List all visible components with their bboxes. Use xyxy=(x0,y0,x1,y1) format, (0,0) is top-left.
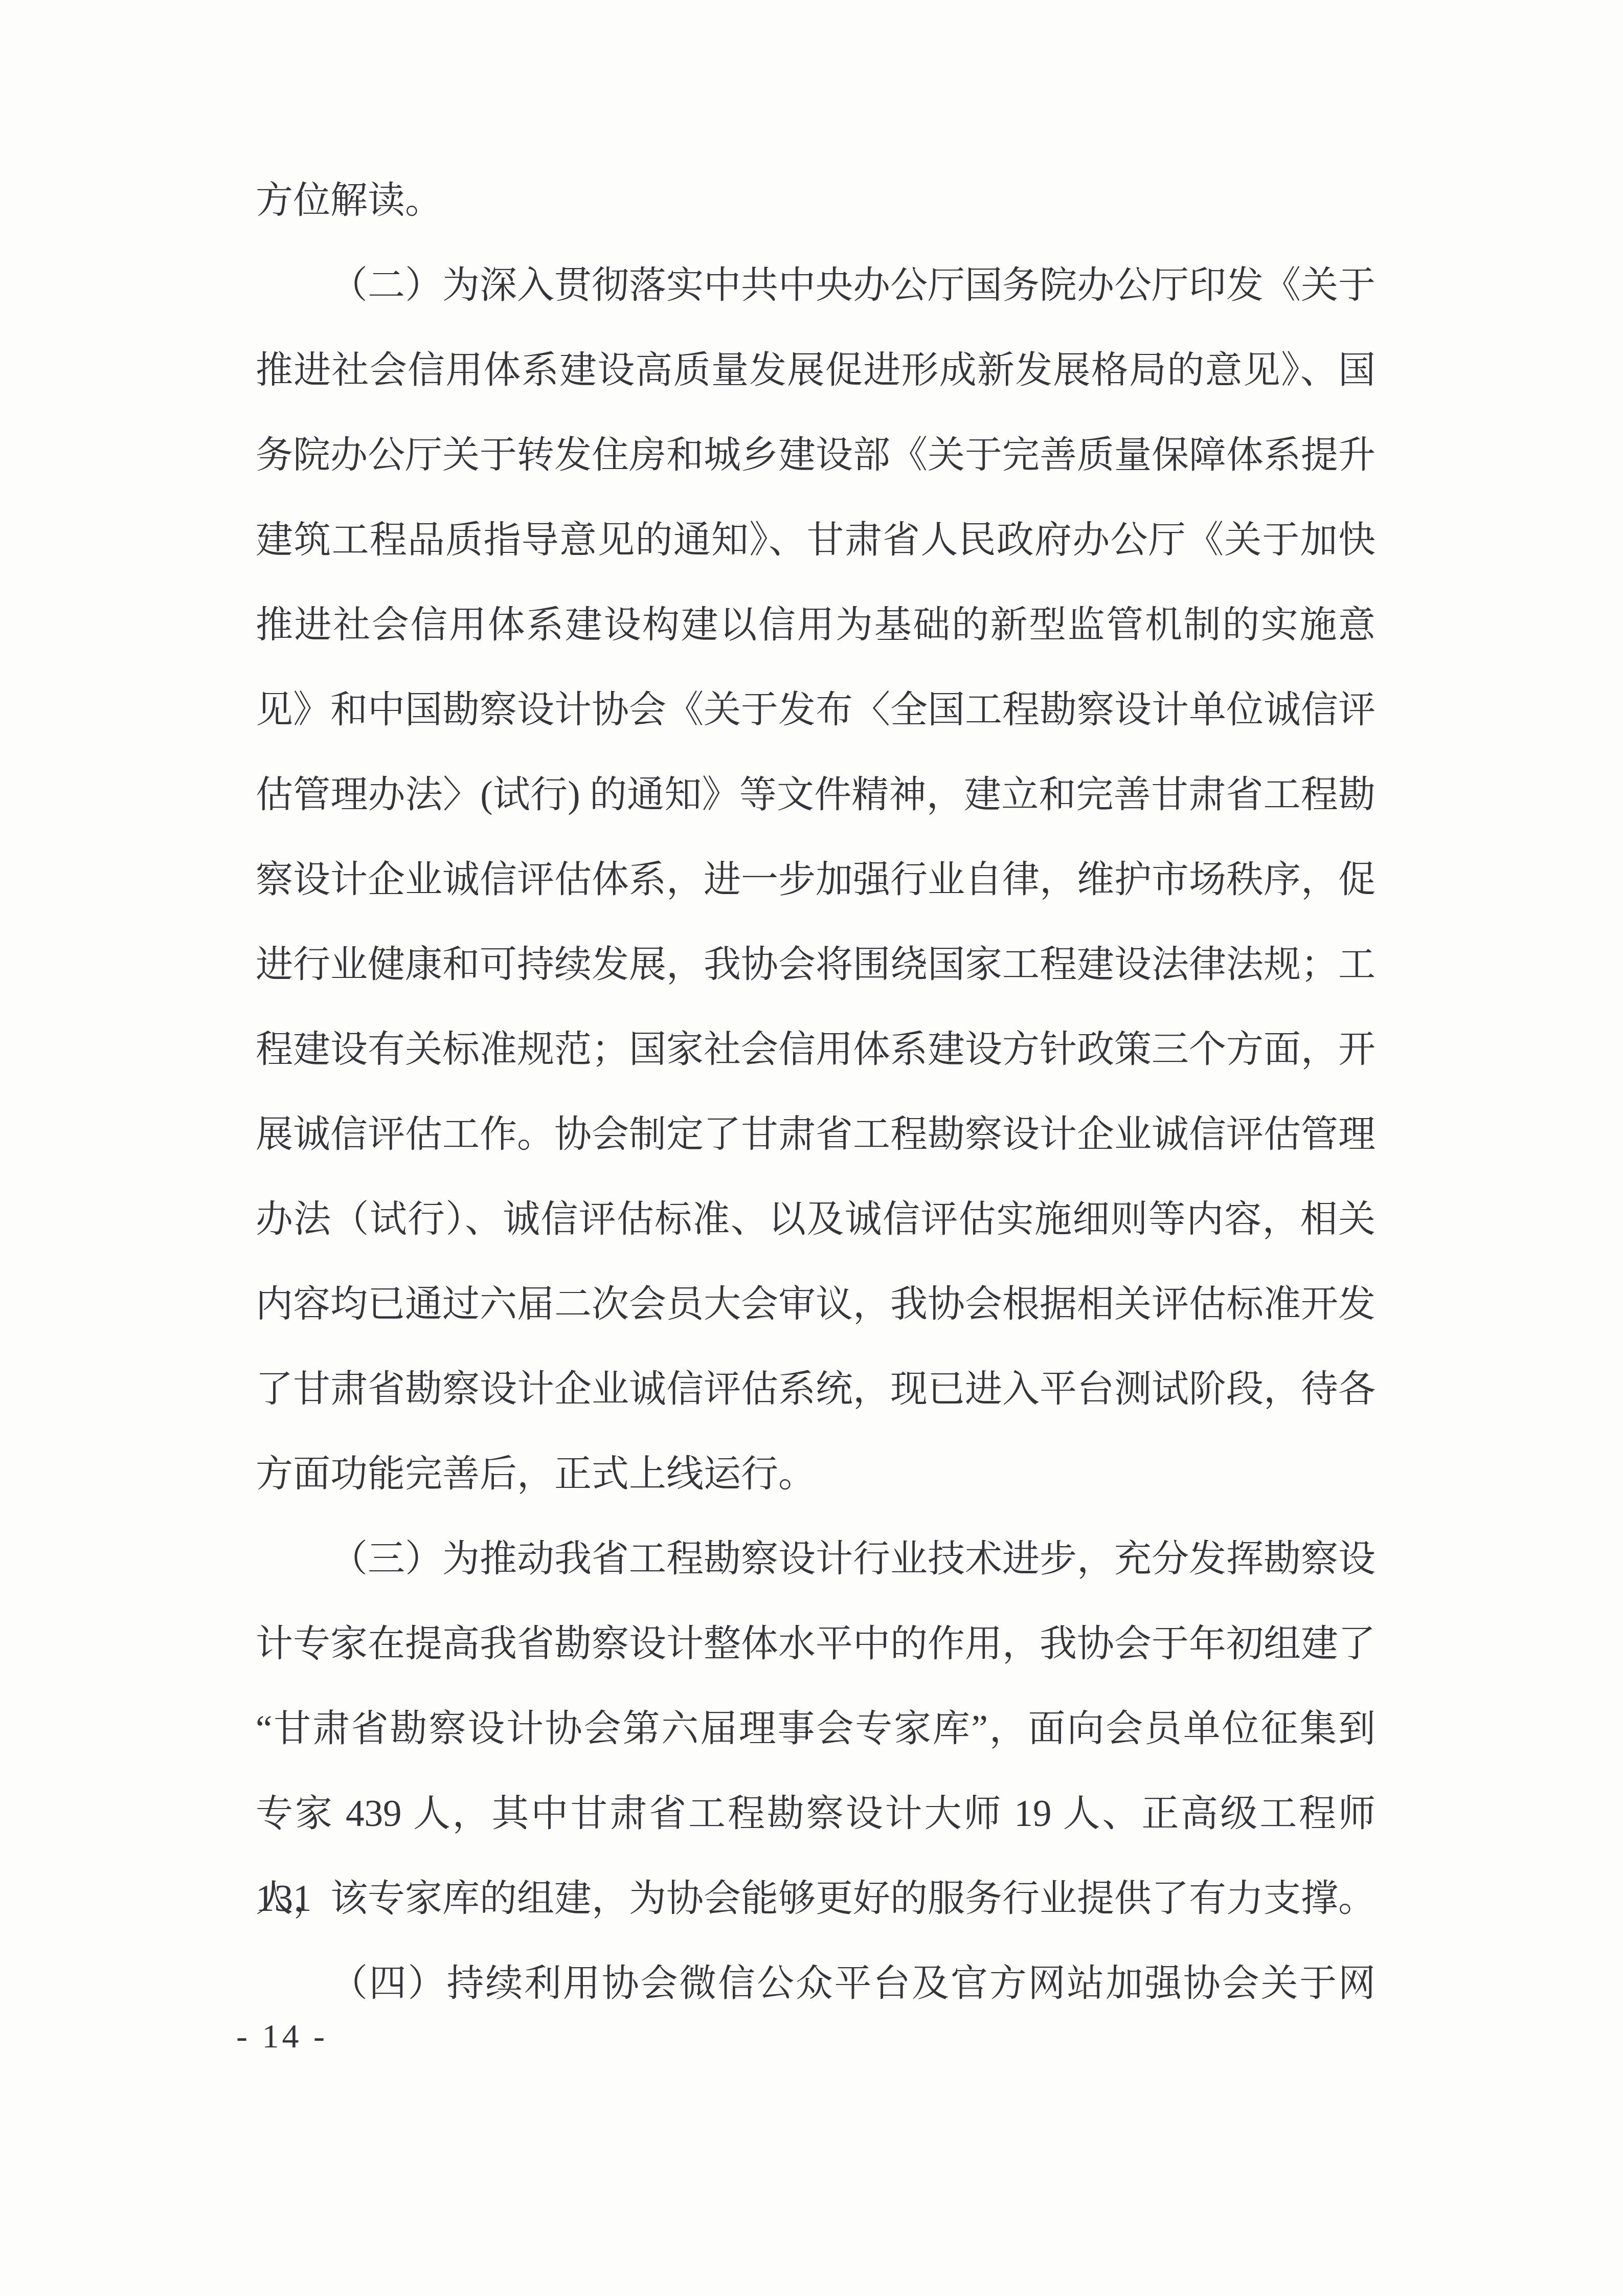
page-number: - 14 - xyxy=(236,2005,328,2068)
text-line: （三）为推动我省工程勘察设计行业技术进步，充分发挥勘察设 xyxy=(256,1517,1376,1601)
text-line: 推进社会信用体系建设高质量发展促进形成新发展格局的意见》、国 xyxy=(256,328,1376,413)
text-line: 推进社会信用体系建设构建以信用为基础的新型监管机制的实施意 xyxy=(256,583,1376,667)
text-line: 展诚信评估工作。协会制定了甘肃省工程勘察设计企业诚信评估管理 xyxy=(256,1092,1376,1177)
document-page: 方位解读。 （二）为深入贯彻落实中共中央办公厅国务院办公厅印发《关于 推进社会信… xyxy=(0,0,1623,2296)
text-line: 务院办公厅关于转发住房和城乡建设部《关于完善质量保障体系提升 xyxy=(256,413,1376,498)
text-line: 人，该专家库的组建，为协会能够更好的服务行业提供了有力支撑。 xyxy=(256,1856,1376,1941)
text-line: 程建设有关标准规范；国家社会信用体系建设方针政策三个方面，开 xyxy=(256,1007,1376,1092)
text-line: 建筑工程品质指导意见的通知》、甘肃省人民政府办公厅《关于加快 xyxy=(256,498,1376,583)
text-line: 估管理办法〉(试行) 的通知》等文件精神，建立和完善甘肃省工程勘 xyxy=(256,752,1376,837)
text-line: 计专家在提高我省勘察设计整体水平中的作用，我协会于年初组建了 xyxy=(256,1601,1376,1686)
text-line: （四）持续利用协会微信公众平台及官方网站加强协会关于网 xyxy=(256,1941,1376,2026)
text-line: 办法（试行）、诚信评估标准、以及诚信评估实施细则等内容，相关 xyxy=(256,1177,1376,1262)
text-line: 进行业健康和可持续发展，我协会将围绕国家工程建设法律法规；工 xyxy=(256,922,1376,1007)
text-line: “甘肃省勘察设计协会第六届理事会专家库”，面向会员单位征集到 xyxy=(256,1686,1376,1771)
text-line: 方面功能完善后，正式上线运行。 xyxy=(256,1432,1376,1517)
text-line: 见》和中国勘察设计协会《关于发布〈全国工程勘察设计单位诚信评 xyxy=(256,667,1376,752)
text-line: 内容均已通过六届二次会员大会审议，我协会根据相关评估标准开发 xyxy=(256,1262,1376,1347)
text-line: 察设计企业诚信评估体系，进一步加强行业自律，维护市场秩序，促 xyxy=(256,837,1376,922)
text-line: （二）为深入贯彻落实中共中央办公厅国务院办公厅印发《关于 xyxy=(256,243,1376,328)
body-text: 方位解读。 （二）为深入贯彻落实中共中央办公厅国务院办公厅印发《关于 推进社会信… xyxy=(256,158,1376,2026)
text-line: 专家 439 人，其中甘肃省工程勘察设计大师 19 人、正高级工程师 131 xyxy=(256,1771,1376,1856)
text-line: 了甘肃省勘察设计企业诚信评估系统，现已进入平台测试阶段，待各 xyxy=(256,1347,1376,1432)
text-line: 方位解读。 xyxy=(256,158,1376,243)
